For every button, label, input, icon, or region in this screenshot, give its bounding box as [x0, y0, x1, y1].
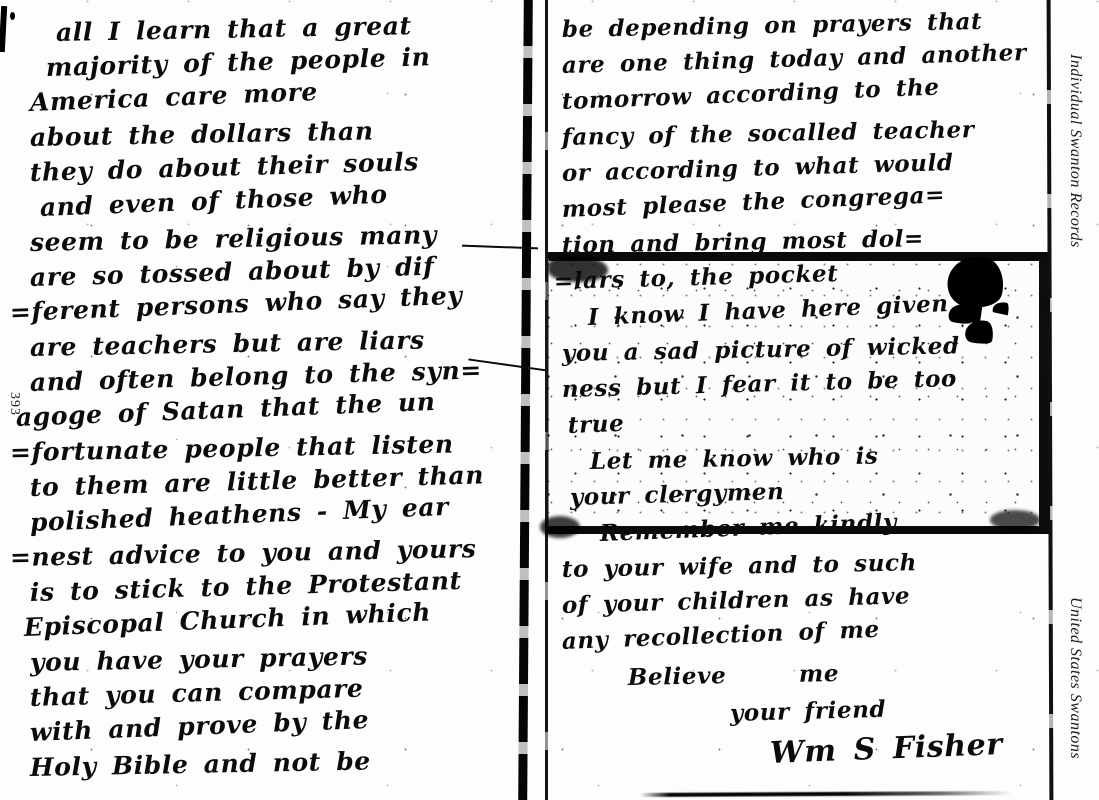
- page-number-margin: 393: [6, 392, 22, 416]
- gutter-fold-line-right: [545, 0, 548, 800]
- scan-artifact-bottom-line: [640, 791, 1012, 797]
- right-page-text: be depending on prayers that are one thi…: [562, 16, 1048, 772]
- book-series-label-top: Individual Swanton Records: [1066, 54, 1084, 248]
- left-page-text: all I learn that a great majority of the…: [30, 18, 530, 788]
- book-series-label-bottom: United States Swantons: [1066, 597, 1084, 759]
- scan-artifact-corner-bar: [0, 6, 7, 52]
- scanned-letter-page: all I learn that a great majority of the…: [0, 0, 1099, 800]
- scan-artifact-corner-dot: [10, 12, 15, 20]
- ink-blot-tail: [960, 298, 988, 335]
